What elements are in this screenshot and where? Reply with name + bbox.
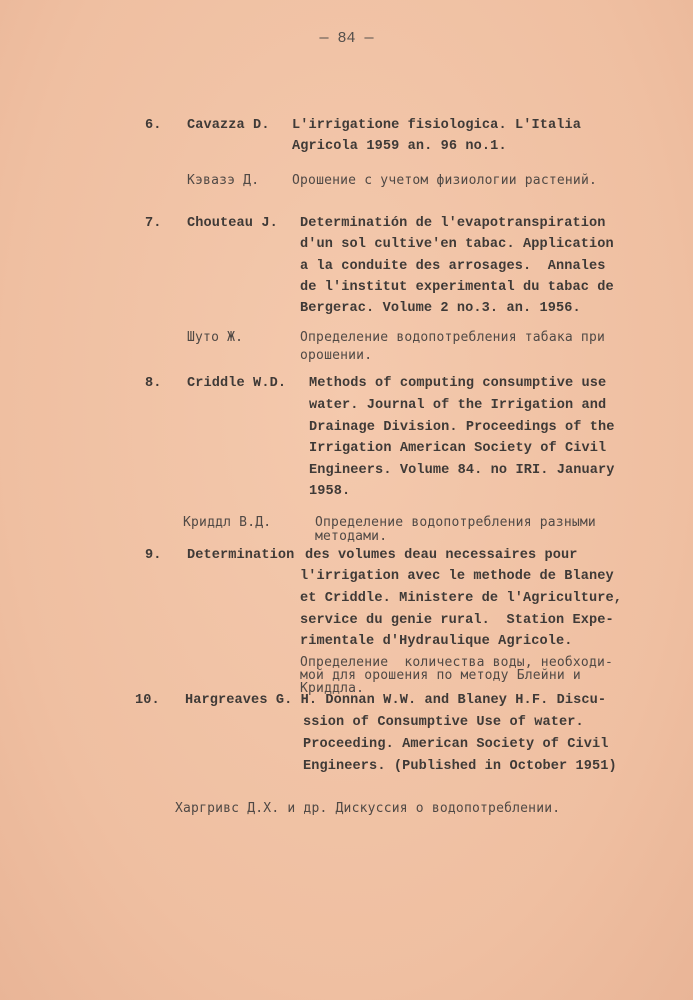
entry-ru-author: Кэвазэ Д.	[187, 170, 259, 192]
entry-author: Cavazza D.	[187, 115, 270, 137]
entry-line: et Criddle. Ministere de l'Agriculture,	[300, 588, 622, 610]
entry-author: Criddle W.D.	[187, 373, 286, 395]
entry-number: 8.	[145, 373, 162, 395]
entry-line: Bergerac. Volume 2 no.3. an. 1956.	[300, 298, 581, 320]
entry-number: 10.	[135, 690, 160, 712]
entry-line: Irrigation American Society of Civil	[309, 438, 606, 460]
entry-line: Engineers. (Published in October 1951)	[303, 756, 617, 778]
entry-line: L'irrigatione fisiologica. L'Italia	[292, 115, 581, 137]
entry-line: ssion of Consumptive Use of water.	[303, 712, 584, 734]
entry-ru-author: Криддл В.Д.	[183, 512, 271, 534]
entry-line: a la conduite des arrosages. Annales	[300, 256, 606, 278]
entry-author: Hargreaves G. H. Donnan W.W. and Blaney …	[185, 690, 606, 712]
entry-line: Proceeding. American Society of Civil	[303, 734, 609, 756]
entry-line: Engineers. Volume 84. no IRI. January	[309, 460, 615, 482]
entry-ru-line: Орошение с учетом физиологии растений.	[292, 170, 597, 192]
entry-ru-line: Харгривс Д.Х. и др. Дискуссия о водопотр…	[175, 798, 560, 820]
entry-ru-line: Определение водопотребления разными	[315, 516, 596, 530]
entry-author: Determination	[187, 545, 294, 567]
entry-line: water. Journal of the Irrigation and	[309, 395, 606, 417]
entry-line: Determinatión de l'evapotranspiration	[300, 213, 606, 235]
entry-line: service du genie rural. Station Expe-	[300, 610, 614, 632]
entry-line: Methods of computing consumptive use	[309, 373, 606, 395]
entry-number: 7.	[145, 213, 162, 235]
entry-number: 9.	[145, 545, 162, 567]
entry-author: Chouteau J.	[187, 213, 278, 235]
entry-number: 6.	[145, 115, 162, 137]
document-page: — 84 — 6. Cavazza D. L'irrigatione fisio…	[0, 0, 693, 1000]
entry-line: des volumes deau necessaires pour	[305, 545, 578, 567]
entry-line: Drainage Division. Proceedings of the	[309, 417, 615, 439]
entry-line: de l'institut experimental du tabac de	[300, 277, 614, 299]
entry-line: d'un sol cultive'en tabac. Application	[300, 234, 614, 256]
entry-ru-author: Шуто Ж.	[187, 327, 243, 349]
entry-line: Agricola 1959 an. 96 no.1.	[292, 136, 507, 158]
entry-line: l'irrigation avec le methode de Blaney	[300, 566, 614, 588]
page-number: — 84 —	[0, 30, 693, 47]
entry-ru-line: орошении.	[300, 345, 372, 367]
entry-line: rimentale d'Hydraulique Agricole.	[300, 631, 573, 653]
entry-line: 1958.	[309, 481, 350, 503]
entry-ru-line: методами.	[315, 530, 387, 544]
